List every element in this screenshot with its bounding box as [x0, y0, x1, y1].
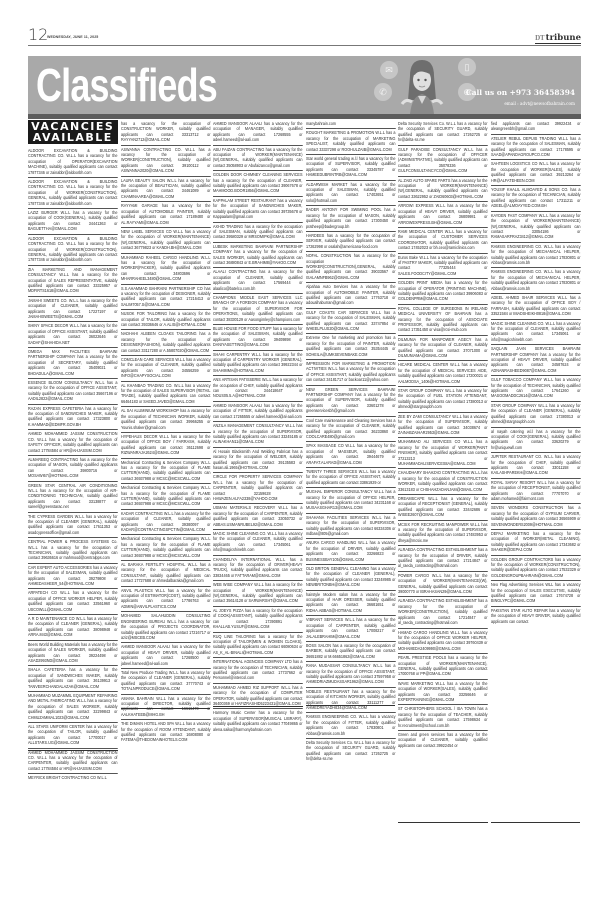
classified-ad: CIRCLE FOR PROPERTY SERVICES COMPANY W.L… [213, 473, 302, 504]
phone-icon: ✆ [374, 83, 392, 101]
classified-ad: SAHTEEN LOGISTICS CO W.L.L has a vacancy… [491, 160, 580, 186]
classified-ad: ARPATECH CO W.L.L has a vacancy for the … [28, 589, 117, 615]
classified-ad: MAGIC SHINE CLEANING CO. W.L.L has a vac… [213, 530, 302, 556]
classified-ad: GULF COASTS CAR SERVICES W.L.L has a vac… [306, 309, 395, 335]
classified-ad: Delta Security Services Co. W.L.L has a … [398, 120, 487, 146]
classified-ad: THE DIMAIN HOTEL AND SPA W.L.L has a vac… [121, 720, 210, 745]
classified-ad: Delta Security Services Co. W.L.L has a … [306, 739, 395, 764]
classified-ad: AHMED MOHAMMED JASSIM CONSTRUCTION CO. W… [28, 749, 117, 775]
classified-ad: RANA MUDASSAR CONSULTANCY W.L.L has a va… [306, 662, 395, 688]
classified-ad: has a vacancy for the occupation of CONS… [121, 120, 210, 146]
classified-ad: Total New Produce Trading W.L.L has a va… [121, 669, 210, 695]
classified-ad: NADHAHI ALBEEN CLOAKS TAILORING has a va… [121, 330, 210, 356]
classified-ad: Mechanical Contracting & Services Compan… [121, 484, 210, 510]
classified-ad: TWENTY THREE SERVICES W.L.L has a vacanc… [306, 468, 395, 488]
classified-ad: IMPRESSION FOR MARKETING & PROMOTION ACT… [306, 360, 395, 386]
classified-ad: BADER ANTONY FOR SWIMING POOL has a vaca… [306, 206, 395, 232]
column-3: AHMED MANSOOR ALAALI has a vacancy for t… [213, 120, 303, 707]
page-header: 12 WEDNESDAY, JUNE 11, 2025 DTtribune [28, 24, 581, 46]
classified-ad: RAZAN EXPRESS CAFETERIA has a vacancy fo… [28, 405, 117, 431]
classified-ad: LAZIZ BURGER W.L.L has a vacancy for the… [28, 209, 117, 235]
classified-ad: STAR GROUP COMPANY W.L.L has a vacancy f… [491, 402, 580, 428]
classified-ad: POWER CARGO W.L.L has a vacancy for the … [398, 572, 487, 598]
classified-ad: Star world general trading w.l.l has a v… [306, 155, 395, 181]
classified-ad: NOBLES RESTAURANT has a vacancy for the … [306, 688, 395, 714]
classified-ad: ALDOOR EXCAVATION & BUILDING CONTRACTING… [28, 147, 117, 178]
classified-ad: MOHAMED SALAHUDDIN CONSULTING ENGINEERIN… [121, 612, 210, 643]
classified-ad: AHMED MANSOOR ALAALI has a vacancy for t… [213, 120, 302, 146]
classified-ad: S.S.AHAMMAD BAHRAINI PARTNERSHIP CO has … [121, 285, 210, 311]
classified-ad: SAQLAIN JAAN SERVICES BAHRAINI PARTNERSH… [491, 345, 580, 376]
classified-ad: Extreme One for marketing and promotion … [306, 334, 395, 360]
classified-ad: HARDEES has a vacancy for the occupation… [306, 232, 395, 252]
column-2: has a vacancy for the occupation of CONS… [121, 120, 211, 709]
classified-ad: CAR EXPERT AUTO ACCESSORIES has a vacanc… [28, 564, 117, 590]
classified-ad: BOSS SALON has a vacancy for the occupat… [306, 642, 395, 662]
classified-ad: Mechanical Contracting & Services Compan… [121, 459, 210, 485]
classified-ad: hairstyle Modern salon has a vacancy for… [306, 591, 395, 617]
classified-ad: SHINY SPACE DECOR W.L.L has a vacancy fo… [28, 322, 117, 348]
classified-ad: GOLDEN PRINT MEDIA has a vacancy for the… [398, 279, 487, 305]
classified-ad: NEW LABEL SERVICES CO W.L.L has a vacanc… [121, 228, 210, 254]
classified-ad: RAMSIS ENGINEERING CO. W.L.L has a vacan… [491, 268, 580, 294]
classified-ad: AHMED MANSOOR ALAALI has a vacancy for t… [121, 643, 210, 669]
classified-ad: YOUSIF KHALIL ALMOAYED & SONS CO. has a … [491, 186, 580, 212]
classified-ad: BLUE HOUSE FOR FOOD STUFF has a vacancy … [213, 325, 302, 351]
classified-ad: Mechanical Contracting & Services Compan… [121, 535, 210, 561]
classified-ad: manybahrain.com [306, 120, 395, 129]
column-4: manybahrain.comROUGHT MARKETING & PROMOT… [306, 120, 396, 706]
classified-ad: THE CYPRESS GARDEN W.L.L has a vacancy f… [28, 513, 117, 539]
classified-ad: RAMSIS ENGINEERING CO. W.L.L has a vacan… [491, 243, 580, 269]
classified-ad: KADAR CONTRACTING W.L.L has a vacancy fo… [121, 510, 210, 536]
classified-ad: CHANDELIYA INTERNATIONAL W.L.L has a vac… [213, 556, 302, 582]
classified-ad: GOLDEN DOOR CHIMNEY CLEANING SERVICES ha… [213, 171, 302, 197]
call-us-text: Call us on +973 36458394 [466, 88, 575, 97]
classified-ad: AL BARAKA FERTILITY HOSPITAL W.L.L has a… [121, 561, 210, 587]
classified-ad: fied applicants can contact 39922434 or … [491, 120, 580, 135]
classified-ad: ALDOOR EXCAVATION & BUILDING CONTRACTING… [28, 178, 117, 209]
classified-ad: ABU FAIZAN CONTRACTING has a vacancy for… [213, 146, 302, 172]
classified-ad: KAPPALAM STREET RESTAURANT has a vacancy… [213, 197, 302, 223]
classified-ad: ANZILA MANAGEMENT CONSULTANCY W.L.L has … [213, 422, 302, 448]
classified-ad: PAKISTAN STAR AUTO REPAIR has a vacancy … [491, 607, 580, 626]
classified-ad: Alpahaa Auto Services has a vacancy for … [306, 283, 395, 309]
classified-ad: AMANA BAHRAIN W.L.L has a vacancy for th… [121, 695, 210, 721]
classified-ad: ROYAL COLLEGE OF SURGEONS IN IRELAND MED… [398, 305, 487, 336]
classified-ad: MUHAMMAD MUZAMMIL EQUIPMENT REPAIRING AN… [28, 692, 117, 723]
classified-ad: JAMAHI SWEETS CO. W.L.L has a vacancy fo… [28, 297, 117, 323]
classified-ad: AL SAI ALUMINIUM WORKSHOP has a vacancy … [121, 407, 210, 433]
classified-ad: MEYRICK BRIGHT CONTRACTING CO W.L.L [28, 774, 117, 782]
classified-ad: HYPEHAUS DECOR W.L.L has a vacancy for t… [121, 433, 210, 459]
classified-ad: Green and green services has a vacancy f… [398, 731, 487, 750]
classified-ad: Beers World Building Materials has a vac… [28, 641, 117, 667]
woman-illustration-icon [396, 56, 446, 114]
classified-ad: LAURA BEAUTY SALON W.L.L has a vacancy f… [121, 177, 210, 203]
classified-ad: Cool Care maintenance and Cleaning Servi… [306, 417, 395, 443]
classifieds-banner: Classifieds ✉ ✆ ▯ ⊕ Call us on +973 3645… [28, 56, 581, 114]
classified-ad: SHAHI CARPENTRY W.L.L has a vacancy for … [213, 351, 302, 377]
classified-ad: ALMAREEQ CONTRACTING has a vacancy for t… [28, 456, 117, 482]
classified-ad: ASWANNA CONTRACTING CO. W.L.L has a vaca… [121, 146, 210, 177]
classified-ad: SPAX MASSAGE CO W.L.L has a vacancy for … [306, 442, 395, 468]
classified-ad: COMCLEAN CARE SERVICES W.L.L has a vacan… [121, 356, 210, 382]
classified-ad: ADEEL AHMED SHAIR SERVICES W.L.L has a v… [491, 294, 580, 320]
classified-ad: AL KHANBAO TRADING CO. W.L.L has a vacan… [121, 382, 210, 408]
column-5: Delta Security Services Co. W.L.L has a … [398, 120, 488, 823]
classified-ad: MAGIC SHINE CLEANING CO. W.L.L has a vac… [491, 320, 580, 346]
classified-ad: ROYAL SARAY RESORT W.L.L has a vacancy f… [491, 479, 580, 505]
classified-ad: ALL STARS UNIFORM CENTER has a vacancy f… [28, 723, 117, 749]
classified-ad: SHALA CAFETERIA has a vacancy for the oc… [28, 666, 117, 692]
column-1: VACANCIES AVAILABLE ALDOOR EXCAVATION & … [28, 120, 118, 751]
classified-ad: HAMAD CARGO HANDLING W.L.L has a vacancy… [398, 629, 487, 655]
classified-ad: ZEE BY ZAMI CONSULTANCY W.L.L has a vaca… [398, 413, 487, 439]
mobile-icon: ▯ [458, 58, 476, 76]
classified-ad: RAMSIS ENGINEERING CO. W.L.L has a vacan… [306, 713, 395, 739]
classified-ad: ANVIL PLASTICS W.L.L has a vacancy for t… [121, 587, 210, 613]
classified-ad: VIBRANT SERVICES W.L.L has a vacancy for… [306, 616, 395, 642]
classified-ad: MUHAMMAD RAHEEL CARGO HANDLING W.L.L has… [121, 254, 210, 285]
classifieds-columns: VACANCIES AVAILABLE ALDOOR EXCAVATION & … [28, 120, 581, 820]
classified-ad: Al Hosain Blacksmith And Welding Fabrica… [213, 448, 302, 474]
page-date: WEDNESDAY, JUNE 11, 2025 [47, 35, 98, 39]
classified-ad: NEW GREEN SERVICES BAHRAINI PARTNERSHIP … [306, 386, 395, 417]
classified-ad: SEVEN WONDERS CONSTRUCTION has a vacancy… [491, 504, 580, 530]
classified-ad: ALRAEDA CONTRACTING ESTABLISHMENT has a … [398, 546, 487, 572]
classified-ad: HICARE MEDICAL CENTER W.L.L has a vacanc… [398, 361, 487, 387]
heading-line-2: AVAILABLE [28, 133, 118, 144]
tribune-logo: DTtribune [535, 34, 581, 44]
classified-ad: DREAMSCAPE W.L.L has a vacancy for the o… [398, 495, 487, 521]
classified-ad: PEARL PRESTIGE POOLS has a vacancy for t… [398, 654, 487, 680]
classified-ad: AHMED MOHAMMED JASSIM CONSTRUCTION CO. W… [28, 430, 117, 456]
classified-ad: OLD BRITON GENERAL CLEANING has a vacanc… [306, 565, 395, 591]
classified-ad: RUQ LINE TAILORING has a vacancy for the… [213, 633, 302, 659]
classified-ad: ZIA MARKETING AND MANAGEMENT CONSULTANCY… [28, 266, 117, 297]
classified-ad: ANS ARTISAN PATISSERIE W.L.L has a vacan… [213, 376, 302, 402]
email-text: email : advt@newsofbahrain.com [504, 101, 575, 106]
classified-ad: CHAMPIONS MIDDLE EAST SERVICES LLC BRANC… [213, 294, 302, 325]
logo-mark-icon: DT [535, 35, 545, 42]
classified-ad: ANURA CARGO HANDLING W.L.L has a vacancy… [306, 539, 395, 565]
vacancies-available-heading: VACANCIES AVAILABLE [28, 120, 118, 144]
classified-ad: LUBESK MARKETING BAHRAINI PARTNERSHIP CO… [213, 243, 302, 269]
classified-ad: WAVE MARKETING W.L.L has a vacancy for t… [398, 680, 487, 706]
classified-ad: ATELIER REBUL DEPUIS TRADING W.L.L has a… [491, 135, 580, 161]
logo-text: tribune [546, 33, 581, 43]
classified-ad: GREEN STAR CENTRAL AIR CONDITIONING W.L.… [28, 482, 117, 513]
classified-ad: SHAHANA FACILITIES SERVICES W.L.L has a … [306, 514, 395, 540]
classified-ad: AL ZAID AUTO SPARE PARTS has a vacancy f… [398, 177, 487, 203]
classified-ad: MUGHAL EMPEROR CONSULTANCY W.L.L has a v… [306, 488, 395, 514]
classified-ad: Neo Flag Advertising Services WLL has a … [491, 581, 580, 607]
classified-ad: AL JOEYS PIZZA has a vacancy for the occ… [213, 607, 302, 633]
classified-ad: AHMED MANSOOR ALAALI has a vacancy for t… [213, 402, 302, 422]
classified-ad: ALDARWISH MARKET has a vacancy for the o… [306, 181, 395, 207]
classified-ad: USMAN MATERIALS RECOVERY W.L.L has a vac… [213, 504, 302, 530]
classified-ad: DEPAJ MARKETING has a vacancy for the oc… [491, 530, 580, 556]
classified-ad: INTERNATIONAL AGENCIES COMPANY LTD has a… [213, 658, 302, 684]
classified-ad: CENTRAL POWER & PROCESS SYSTEMS Co. W.L.… [28, 538, 117, 564]
classified-ad: DILMUNIA FOR MANPOWER AGECY has a vacanc… [398, 336, 487, 362]
classified-ad: GOLDEN GROUP CONTRACTORS has a vacancy f… [491, 556, 580, 582]
classified-ad: GULF TOBACCO COMPANY W.L.L has a vacancy… [491, 376, 580, 402]
column-6: fied applicants can contact 39922434 or … [491, 120, 581, 823]
classified-ad: ALRAEDA CONTRACTING ESTABLISHMENT has a … [398, 597, 487, 628]
classified-ad: RAMI MEDICAL CENTER W.L.L has a vacancy … [398, 228, 487, 254]
classified-ad: MUHAMMAD ALI SERVICES CO W.L.L has a vac… [398, 438, 487, 469]
classified-ad: MCSIX FOR RECRUITING MANPOWER W.L.L has … [398, 521, 487, 547]
classified-ad: AXHID TRADING has a vacancy for the occu… [213, 223, 302, 243]
classified-ad: ALDOOR EXCAVATION & BUILDING CONTRACTING… [28, 235, 117, 266]
page-number: 12 [28, 26, 48, 44]
banner-title: Classifieds [36, 58, 217, 112]
classified-ad: CHAUDHARY SHAHZAD CONTRACTING W.L.L has … [398, 469, 487, 495]
classified-ad: MUHAMMAD AHMED RIZ SUPPORT W.L.L has a v… [213, 684, 302, 710]
classified-ad: OMEGA MAX FACILITIES BAHRAINI PARTNERSHI… [28, 348, 117, 379]
classified-ad: KAYDEN FAST COMPANY W.L.L has a vacancy … [491, 212, 580, 243]
classified-ad: ESSENCE BLOOM CONSULTANCY W.L.L has a va… [28, 379, 117, 405]
classified-ad: NOFAL CONSTRUCTION has a vacancy for the… [306, 252, 395, 283]
classified-ad: ROUGHT MARKETING & PROMOTION W.L.L has a… [306, 129, 395, 155]
classified-ad: Harmony Music Center has a vacancy for t… [213, 709, 302, 734]
classified-ad: Euros Bake W.L.L has a vacancy for the o… [398, 254, 487, 280]
classified-ad: ARROWI EXPRESS W.L.L has a vacancy for t… [398, 202, 487, 228]
classified-ad: A R D MAINTENANCE CO W.L.L has a vacancy… [28, 615, 117, 641]
classified-ad: STAR GROUP COMPANY W.L.L has a vacancy f… [398, 387, 487, 413]
classified-ad: GULF PARADISE CONSULTANCY W.L.L has a va… [398, 146, 487, 177]
classified-ad: RAYYAMI GARAGE has a vacancy for the occ… [121, 202, 210, 228]
banner-divider [28, 114, 581, 119]
classified-ad: ALAALI CONTRACTING has a vacancy for the… [213, 268, 302, 294]
classified-ad: JUPITER RESTAURANT CO. W.L.L has a vacan… [491, 453, 580, 479]
classified-ad: WEB WISE COMPANY W.L.L has a vacancy for… [213, 581, 302, 607]
classified-ad: al nayah catering w.l.l has a vacancy fo… [491, 428, 580, 454]
classified-ad: ST CHRISTOPHERS SCHOOL / ISA TOWN has a … [398, 705, 487, 731]
classified-ad: NUSOK FOR TAILORING has a vacancy for th… [121, 310, 210, 330]
